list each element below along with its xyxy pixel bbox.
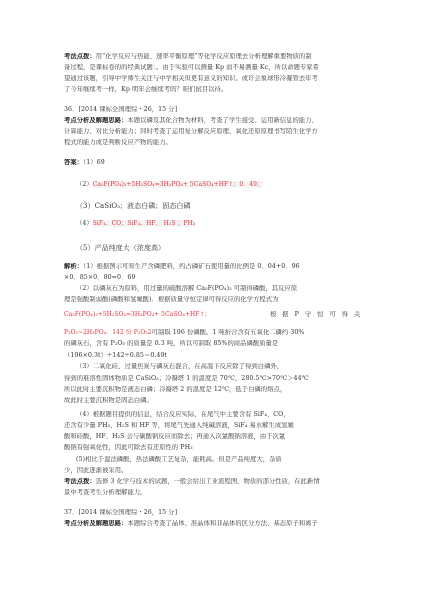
explain-p4-line-2: 还含有少量 PH₃、H₂S 和 HF 等，将尾气先通入纯碱溶液，SiF₄ 易水解… <box>64 422 362 430</box>
explain-p3-line-3: 所以此时主要沉积物是液态白磷；冷凝塔 2 的温度是 12℃，低于白磷的熔点， <box>64 386 362 394</box>
q36-tip-label: 考法点拨： <box>64 478 96 485</box>
explain-p5-line-1: (5)相比于湿法磷酸，热法磷酸工艺复杂，能耗高。但是产品纯度大，杂质 <box>76 456 374 464</box>
q36-tip-line-1: 考法点拨：选修 3 化学与技术的试题，一般会给出工业流程图、物质的部分性质，在此… <box>64 478 362 486</box>
intro-line-3: 望通过该题，引导中学师生关注与中学相关但更有意义的知识。或许会象球形冷凝管去年考 <box>64 75 362 83</box>
explain-p2-equation-line: Ca₅F(PO₄)₃+5H₂SO₄=3H₃PO₄+ 5CaSO₄+HF↑； 根 … <box>64 311 362 319</box>
explain-p2-line-4: 的磷灰石，含有 P₂O₅ 的质量是 0.3 吨，所以可制取 85%的商品磷酸质量… <box>64 340 362 348</box>
explain-p2-line-1: （2）以磷灰石为原料，用过量的硫酸溶解 Ca₅F(PO₄)₃ 可制得磷酸，其反应… <box>76 285 374 293</box>
explain-p4-line-1: （4）根据题目提供的信息，结合反应实际，在尾气中主要含有 SiF₄、CO， <box>76 411 374 419</box>
answer-3: （3）CaSiO₃；液态白磷；固态白磷 <box>76 202 374 210</box>
explain-p3-line-4: 故此时主要沉积物是固态白磷。 <box>64 397 362 405</box>
explain-p4-line-4: 酸钠有强氧化性，因此可除去有还原性的 PH₃ <box>64 444 362 452</box>
q36-analysis-line-3: 程式的能力或是判断反应产物的能力。 <box>64 139 362 147</box>
explain-p3-line-2: 得到的难溶性固体物质是 CaSiO₃；冷凝塔 1 的温度是 70℃，280.5℃… <box>64 375 362 383</box>
explain-p3-line-1: （3）二氧化硅、过量焦炭与磷灰石混合，在高温下反应除了得到白磷外， <box>76 363 374 371</box>
answer-5: （5）产品纯度大（浓度高） <box>76 244 374 252</box>
document-page: 考法点拨：用“化学反应与热能、速率平衡原理”等化学反应原理去分析理解重要物质的制… <box>0 0 424 600</box>
answer-2-equation: Ca₅F(PO₄)₃+5H₂SO₄=3H₃PO₄+ 5CaSO₄+HF↑；0．4… <box>93 181 263 188</box>
answer-4-gases: SiF₄、CO；SiF₄、HF、 H₂S ；PH₃ <box>93 220 196 227</box>
q37-analysis-label: 考点分析及解题思路： <box>64 520 127 527</box>
explain-p1-line-2: ×0．85×0．80=0．69 <box>64 274 362 282</box>
explain-p4-line-3: 酸和硅酸，HF、H₂S 会与碳酸钠反应而除去；再通入次氯酸钠溶液，由于次氯 <box>64 433 362 441</box>
explain-equation: Ca₅F(PO₄)₃+5H₂SO₄=3H₃PO₄+ 5CaSO₄+HF↑； <box>64 311 211 318</box>
q36-answer-line: 答案：（1）69 <box>64 159 362 167</box>
answer-4: （4）SiF₄、CO；SiF₄、HF、 H₂S ；PH₃ <box>76 220 374 228</box>
answer-label: 答案： <box>64 159 83 166</box>
explain-p2-line-3: P₂O₅~2H₃PO₄．142 份 P₂O₅2可制取 196 份磷酸。1 吨折合… <box>64 329 362 337</box>
q36-analysis-label: 考点分析及解题思路： <box>64 117 127 124</box>
explain-p5-line-2: 少，因此逐渐被采用。 <box>64 467 362 475</box>
intro-line-4: 了今年继续考一样，Kp 明年会继续考吗？咱们拭目以待。 <box>64 86 362 94</box>
q37-analysis-line-1: 考点分析及解题思路：本题综合考查了晶体、准晶体和非晶体的区分方法、基态原子和离子 <box>64 520 362 528</box>
q36-analysis-line-1: 考点分析及解题思路：本题以磷及其化合物为材料，考查了学生接受、运用新信息的能力、 <box>64 117 362 125</box>
explain-p1-line-1: 解析：（1）根据图示可知生产含磷肥料，约占磷矿石使用量的比例是 0．04+0．9… <box>64 263 362 271</box>
explain-relation: P₂O₅~2H₃PO₄．142 份 P₂O₅2 <box>64 329 152 336</box>
q37-heading: 37．[2014 课标全国理综・26，15 分] <box>64 509 362 517</box>
explain-p2-line-5: （196×0.3t）÷142÷0.85＝0.49t <box>64 352 362 360</box>
explain-p2-line-2: 理是强酸制弱酸(磷酸和氢氟酸)．根据质量守恒定律可得反应的化学方程式为 <box>64 296 362 304</box>
q36-analysis-line-2: 计算能力、对比分析能力；同时考查了运用复分解反应原理、氧化还原原理书写陌生化学方 <box>64 128 362 136</box>
intro-line-2: 备过程，是课标卷的的经典试题：。由于实验可以测量 Kp 而不易测量 Kc，所以命… <box>64 64 362 72</box>
q36-heading: 36．[2014 课标全国理综・26，15 分] <box>64 106 362 114</box>
answer-2: （2）Ca₅F(PO₄)₃+5H₂SO₄=3H₃PO₄+ 5CaSO₄+HF↑；… <box>76 181 374 189</box>
intro-label: 考法点拨： <box>64 53 96 60</box>
explain-label: 解析： <box>64 263 83 270</box>
intro-line-1: 考法点拨：用“化学反应与热能、速率平衡原理”等化学反应原理去分析理解重要物质的制 <box>64 53 362 61</box>
q36-tip-line-2: 景中考查考生分析理解能力。 <box>64 489 362 497</box>
